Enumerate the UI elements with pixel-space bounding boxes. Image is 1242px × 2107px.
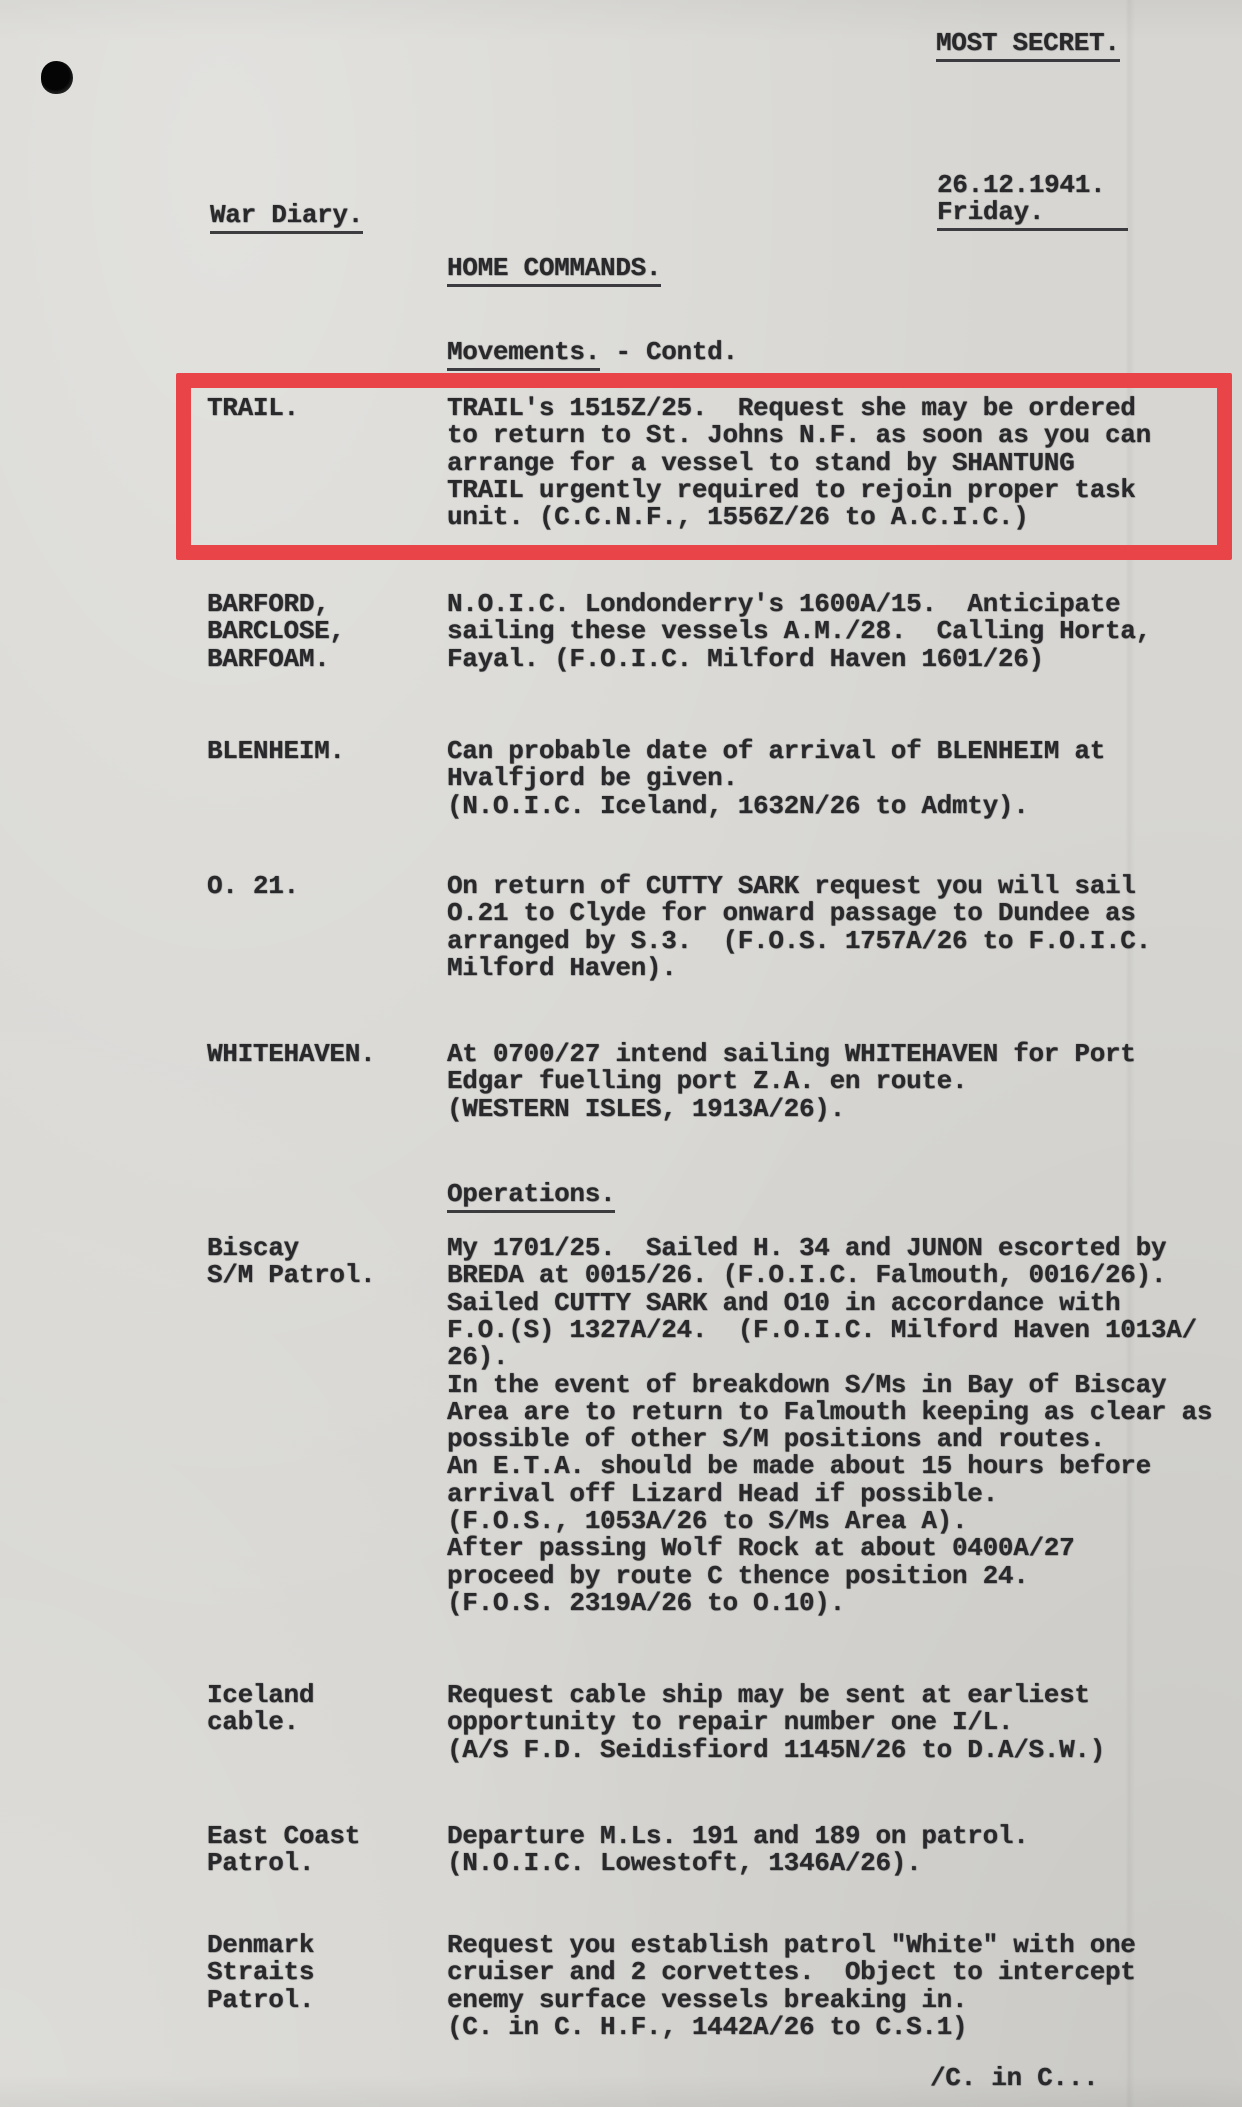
entry-barford-content-line: Fayal. (F.O.I.C. Milford Haven 1601/26) — [447, 646, 1044, 673]
day: Friday. — [937, 199, 1128, 231]
entry-denmark-straits-patrol-label: Denmark — [207, 1932, 314, 1959]
entry-trail-content-line: unit. (C.C.N.F., 1556Z/26 to A.C.I.C.) — [447, 504, 1029, 531]
entry-o21-content-line: Milford Haven). — [447, 955, 677, 982]
subsection-heading-operations: Operations. — [447, 1181, 615, 1213]
entry-biscay-sm-patrol-content-line: arrival off Lizard Head if possible. — [447, 1481, 998, 1508]
entry-iceland-cable-content-line: Request cable ship may be sent at earlie… — [447, 1682, 1090, 1709]
entry-blenheim-label: BLENHEIM. — [207, 738, 345, 765]
entry-barford-content-line: sailing these vessels A.M./28. Calling H… — [447, 618, 1151, 645]
entry-trail-content-line: to return to St. Johns N.F. as soon as y… — [447, 422, 1151, 449]
entry-barford-content-line: N.O.I.C. Londonderry's 1600A/15. Anticip… — [447, 591, 1120, 618]
entry-blenheim-content-line: (N.O.I.C. Iceland, 1632N/26 to Admty). — [447, 793, 1029, 820]
entry-biscay-sm-patrol-content-line: In the event of breakdown S/Ms in Bay of… — [447, 1372, 1166, 1399]
entry-whitehaven-content-line: At 0700/27 intend sailing WHITEHAVEN for… — [447, 1041, 1136, 1068]
entry-iceland-cable-content-line: opportunity to repair number one I/L. — [447, 1709, 1013, 1736]
entry-iceland-cable-label: Iceland — [207, 1682, 314, 1709]
entry-denmark-straits-patrol-content-line: (C. in C. H.F., 1442A/26 to C.S.1) — [447, 2014, 967, 2041]
entry-denmark-straits-patrol-label: Straits — [207, 1959, 314, 1986]
entry-biscay-sm-patrol-content-line: F.O.(S) 1327A/24. (F.O.I.C. Milford Have… — [447, 1317, 1197, 1344]
entry-o21-label: O. 21. — [207, 873, 299, 900]
entry-biscay-sm-patrol-content-line: After passing Wolf Rock at about 0400A/2… — [447, 1535, 1074, 1562]
entry-biscay-sm-patrol-content-line: Area are to return to Falmouth keeping a… — [447, 1399, 1212, 1426]
entry-o21-content-line: On return of CUTTY SARK request you will… — [447, 873, 1136, 900]
entry-biscay-sm-patrol-content-line: 26). — [447, 1344, 508, 1371]
entry-denmark-straits-patrol-content-line: enemy surface vessels breaking in. — [447, 1987, 967, 2014]
entry-iceland-cable-content-line: (A/S F.D. Seidisfiord 1145N/26 to D.A/S.… — [447, 1737, 1105, 1764]
movements-heading-suffix: - Contd. — [600, 337, 738, 367]
entry-barford-label: BARFORD, — [207, 591, 329, 618]
entry-whitehaven-content-line: (WESTERN ISLES, 1913A/26). — [447, 1096, 845, 1123]
section-heading-home-commands: HOME COMMANDS. — [447, 255, 661, 287]
entry-whitehaven-label: WHITEHAVEN. — [207, 1041, 375, 1068]
war-diary-text: War Diary. — [210, 202, 363, 234]
entry-biscay-sm-patrol-content-line: (F.O.S. 2319A/26 to O.10). — [447, 1590, 845, 1617]
classification-stamp: MOST SECRET. — [936, 30, 1120, 62]
entry-whitehaven-content-line: Edgar fuelling port Z.A. en route. — [447, 1068, 967, 1095]
entry-trail-content-line: arrange for a vessel to stand by SHANTUN… — [447, 450, 1074, 477]
entry-barford-label: BARCLOSE, — [207, 618, 345, 645]
entry-biscay-sm-patrol-content-line: BREDA at 0015/26. (F.O.I.C. Falmouth, 00… — [447, 1262, 1166, 1289]
entry-biscay-sm-patrol-content-line: (F.O.S., 1053A/26 to S/Ms Area A). — [447, 1508, 967, 1535]
entry-denmark-straits-patrol-content-line: Request you establish patrol "White" wit… — [447, 1932, 1136, 1959]
entry-biscay-sm-patrol-content-line: Sailed CUTTY SARK and O10 in accordance … — [447, 1290, 1120, 1317]
entry-iceland-cable-label: cable. — [207, 1709, 299, 1736]
entry-east-coast-patrol-label: Patrol. — [207, 1850, 314, 1877]
operations-heading-text: Operations. — [447, 1181, 615, 1213]
entry-denmark-straits-patrol-content-line: cruiser and 2 corvettes. Object to inter… — [447, 1959, 1136, 1986]
entry-biscay-sm-patrol-content-line: proceed by route C thence position 24. — [447, 1563, 1029, 1590]
entry-east-coast-patrol-content-line: Departure M.Ls. 191 and 189 on patrol. — [447, 1823, 1029, 1850]
entry-biscay-sm-patrol-content-line: possible of other S/M positions and rout… — [447, 1426, 1105, 1453]
subsection-heading-movements: Movements. - Contd. — [447, 339, 738, 371]
document-page: MOST SECRET. 26.12.1941. Friday. War Dia… — [0, 0, 1242, 2107]
entry-trail-label: TRAIL. — [207, 395, 299, 422]
entry-denmark-straits-patrol-label: Patrol. — [207, 1987, 314, 2014]
date: 26.12.1941. — [937, 172, 1105, 199]
movements-heading-text: Movements. — [447, 339, 600, 371]
war-diary-label: War Diary. — [210, 202, 363, 234]
page-continuation-note: /C. in C... — [930, 2065, 1098, 2092]
entry-barford-label: BARFOAM. — [207, 646, 329, 673]
entry-east-coast-patrol-content-line: (N.O.I.C. Lowestoft, 1346A/26). — [447, 1850, 921, 1877]
entry-blenheim-content-line: Can probable date of arrival of BLENHEIM… — [447, 738, 1105, 765]
entry-biscay-sm-patrol-label: Biscay — [207, 1235, 299, 1262]
entry-trail-content-line: TRAIL's 1515Z/25. Request she may be ord… — [447, 395, 1136, 422]
entry-biscay-sm-patrol-content-line: My 1701/25. Sailed H. 34 and JUNON escor… — [447, 1235, 1166, 1262]
entry-biscay-sm-patrol-content-line: An E.T.A. should be made about 15 hours … — [447, 1453, 1151, 1480]
entry-trail-content-line: TRAIL urgently required to rejoin proper… — [447, 477, 1136, 504]
classification-text: MOST SECRET. — [936, 30, 1120, 62]
punch-hole-mark — [41, 61, 73, 94]
entry-blenheim-content-line: Hvalfjord be given. — [447, 765, 738, 792]
entry-east-coast-patrol-label: East Coast — [207, 1823, 360, 1850]
entry-o21-content-line: O.21 to Clyde for onward passage to Dund… — [447, 900, 1136, 927]
home-commands-text: HOME COMMANDS. — [447, 255, 661, 287]
entry-o21-content-line: arranged by S.3. (F.O.S. 1757A/26 to F.O… — [447, 928, 1151, 955]
entry-biscay-sm-patrol-label: S/M Patrol. — [207, 1262, 375, 1289]
